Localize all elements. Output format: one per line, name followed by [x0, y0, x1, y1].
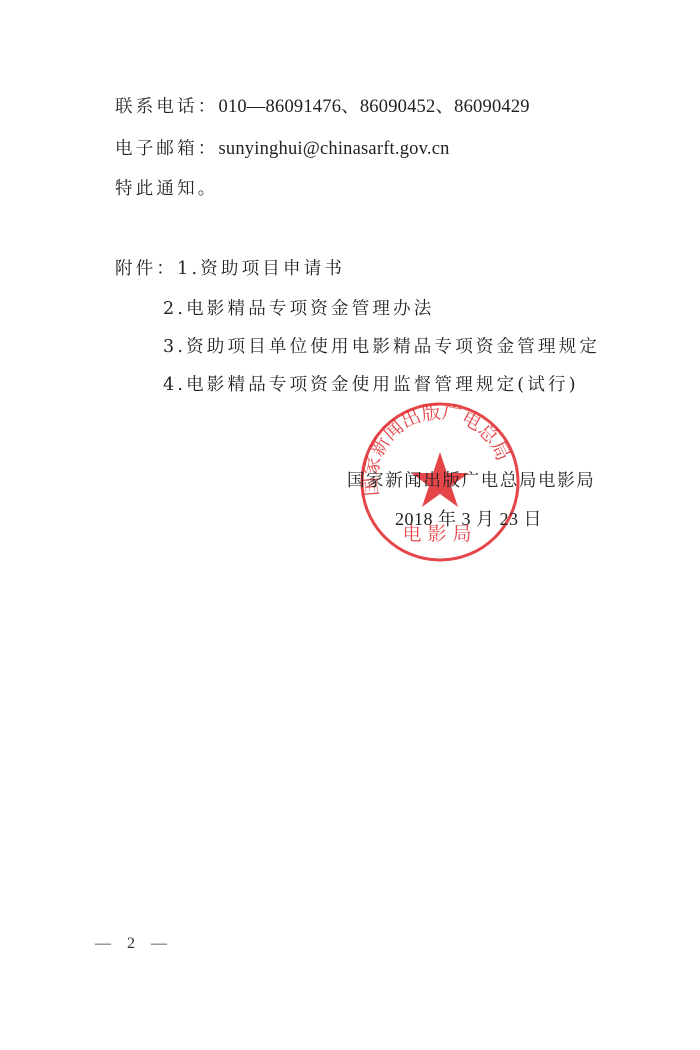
attachment-title: 1.资助项目申请书: [177, 259, 345, 279]
signature-org: 国家新闻出版广电总局电影局: [347, 470, 595, 492]
attachment-item-3: 3.资助项目单位使用电影精品专项资金管理规定: [163, 336, 600, 358]
attachments-label: 附件：: [115, 259, 177, 279]
contact-email: 电子邮箱：sunyinghui@chinasarft.gov.cn: [115, 138, 450, 160]
attachment-item-2: 2.电影精品专项资金管理办法: [163, 298, 435, 320]
signature-date: 2018 年 3 月 23 日: [395, 508, 542, 530]
email-label: 电子邮箱：: [115, 139, 219, 159]
phone-label: 联系电话：: [115, 97, 219, 117]
contact-phone: 联系电话：010—86091476、86090452、86090429: [115, 96, 530, 118]
page-number: — 2 —: [95, 935, 173, 953]
attachment-item-4: 4.电影精品专项资金使用监督管理规定(试行): [163, 374, 579, 396]
attachment-item-1: 附件：1.资助项目申请书: [115, 258, 345, 280]
closing-text: 特此通知。: [115, 178, 219, 200]
email-value: sunyinghui@chinasarft.gov.cn: [219, 139, 450, 159]
phone-value: 010—86091476、86090452、86090429: [219, 97, 530, 117]
